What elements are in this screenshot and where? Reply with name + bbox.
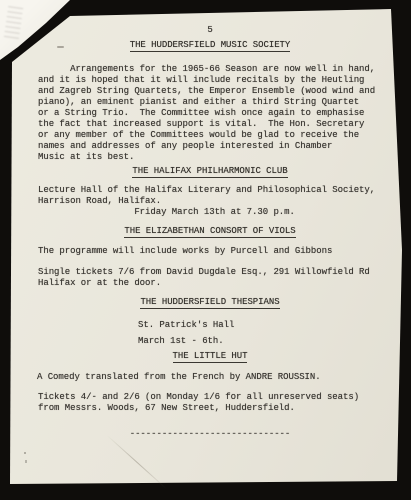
scanned-document-photo: 5 THE HUDDERSFIELD MUSIC SOCIETY Arrange… xyxy=(0,0,411,500)
paper-speck xyxy=(25,460,27,463)
heading-text: THE HUDDERSFIELD THESPIANS xyxy=(140,297,279,309)
consort-tickets-info: Single tickets 7/6 from David Dugdale Es… xyxy=(38,267,370,289)
paper-speck xyxy=(24,452,26,454)
page-content: 5 THE HUDDERSFIELD MUSIC SOCIETY Arrange… xyxy=(0,0,411,500)
heading-text: THE ELIZABETHAN CONSORT OF VIOLS xyxy=(124,226,295,238)
philharmonic-details: Lecture Hall of the Halifax Literary and… xyxy=(38,185,375,218)
section-heading-philharmonic: THE HALIFAX PHILHARMONIC CLUB xyxy=(38,166,382,177)
little-hut-description: A Comedy translated from the French by A… xyxy=(37,372,321,383)
thespians-venue-dates: St. Patrick's Hall March 1st - 6th. xyxy=(138,317,234,349)
section-heading-consort-of-viols: THE ELIZABETHAN CONSORT OF VIOLS xyxy=(38,226,382,237)
heading-text: THE HUDDERSFIELD MUSIC SOCIETY xyxy=(130,40,291,52)
separator-dashes: ------------------------------ xyxy=(38,429,382,440)
section-heading-music-society: THE HUDDERSFIELD MUSIC SOCIETY xyxy=(38,40,382,51)
page-number: 5 xyxy=(38,25,382,36)
section-heading-thespians: THE HUDDERSFIELD THESPIANS xyxy=(38,297,382,308)
heading-text: THE LITTLE HUT xyxy=(173,351,248,363)
little-hut-tickets-info: Tickets 4/- and 2/6 (on Monday 1/6 for a… xyxy=(38,392,359,414)
consort-programme-line: The programme will include works by Purc… xyxy=(38,246,332,257)
heading-text: THE HALIFAX PHILHARMONIC CLUB xyxy=(132,166,287,178)
paper-speck xyxy=(57,46,64,48)
music-society-paragraph: Arrangements for the 1965-66 Season are … xyxy=(38,64,375,163)
section-heading-little-hut: THE LITTLE HUT xyxy=(38,351,382,362)
